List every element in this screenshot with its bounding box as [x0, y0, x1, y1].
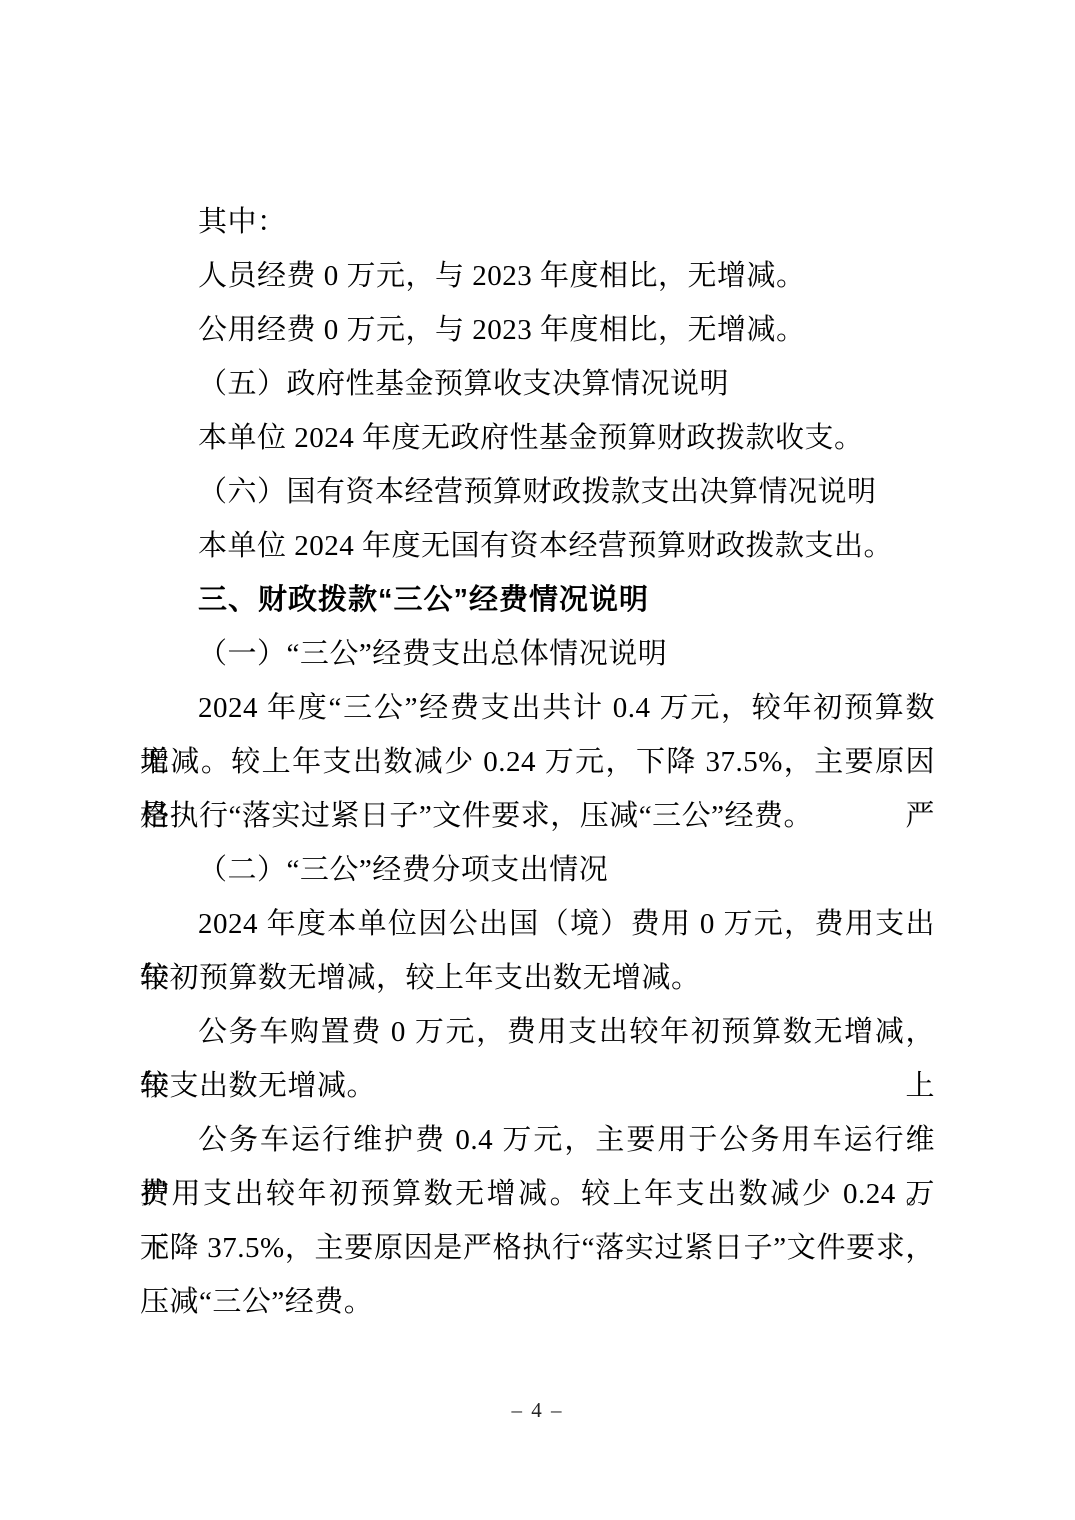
text-line: 压减“三公”经费。 — [140, 1275, 935, 1329]
text-line: 年初预算数无增减，较上年支出数无增减。 — [140, 951, 935, 1005]
document-page: 其中：人员经费 0 万元，与 2023 年度相比，无增减。公用经费 0 万元，与… — [0, 0, 1075, 1520]
page-number: – 4 – — [512, 1398, 564, 1422]
text-line: 本单位 2024 年度无国有资本经营预算财政拨款支出。 — [140, 519, 935, 573]
text-line: 增减。较上年支出数减少 0.24 万元，下降 37.5%，主要原因是严 — [140, 735, 935, 789]
text-line: 本单位 2024 年度无政府性基金预算财政拨款收支。 — [140, 411, 935, 465]
text-line: 公务车运行维护费 0.4 万元，主要用于公务用车运行维护。 — [140, 1113, 935, 1167]
text-line: 2024 年度本单位因公出国（境）费用 0 万元，费用支出较 — [140, 897, 935, 951]
text-line: （一）“三公”经费支出总体情况说明 — [140, 627, 935, 681]
section-heading: 三、财政拨款“三公”经费情况说明 — [140, 573, 935, 627]
page-footer: – 4 – — [0, 1398, 1075, 1423]
text-line: （六）国有资本经营预算财政拨款支出决算情况说明 — [140, 465, 935, 519]
text-line: 下降 37.5%，主要原因是严格执行“落实过紧日子”文件要求， — [140, 1221, 935, 1275]
text-line: 其中： — [140, 195, 935, 249]
document-body: 其中：人员经费 0 万元，与 2023 年度相比，无增减。公用经费 0 万元，与… — [140, 195, 935, 1329]
text-line: 人员经费 0 万元，与 2023 年度相比，无增减。 — [140, 249, 935, 303]
text-line: 公用经费 0 万元，与 2023 年度相比，无增减。 — [140, 303, 935, 357]
text-line: （五）政府性基金预算收支决算情况说明 — [140, 357, 935, 411]
text-line: 公务车购置费 0 万元，费用支出较年初预算数无增减，较上 — [140, 1005, 935, 1059]
text-line: 2024 年度“三公”经费支出共计 0.4 万元，较年初预算数无 — [140, 681, 935, 735]
text-line: （二）“三公”经费分项支出情况 — [140, 843, 935, 897]
text-line: 费用支出较年初预算数无增减。较上年支出数减少 0.24 万元， — [140, 1167, 935, 1221]
